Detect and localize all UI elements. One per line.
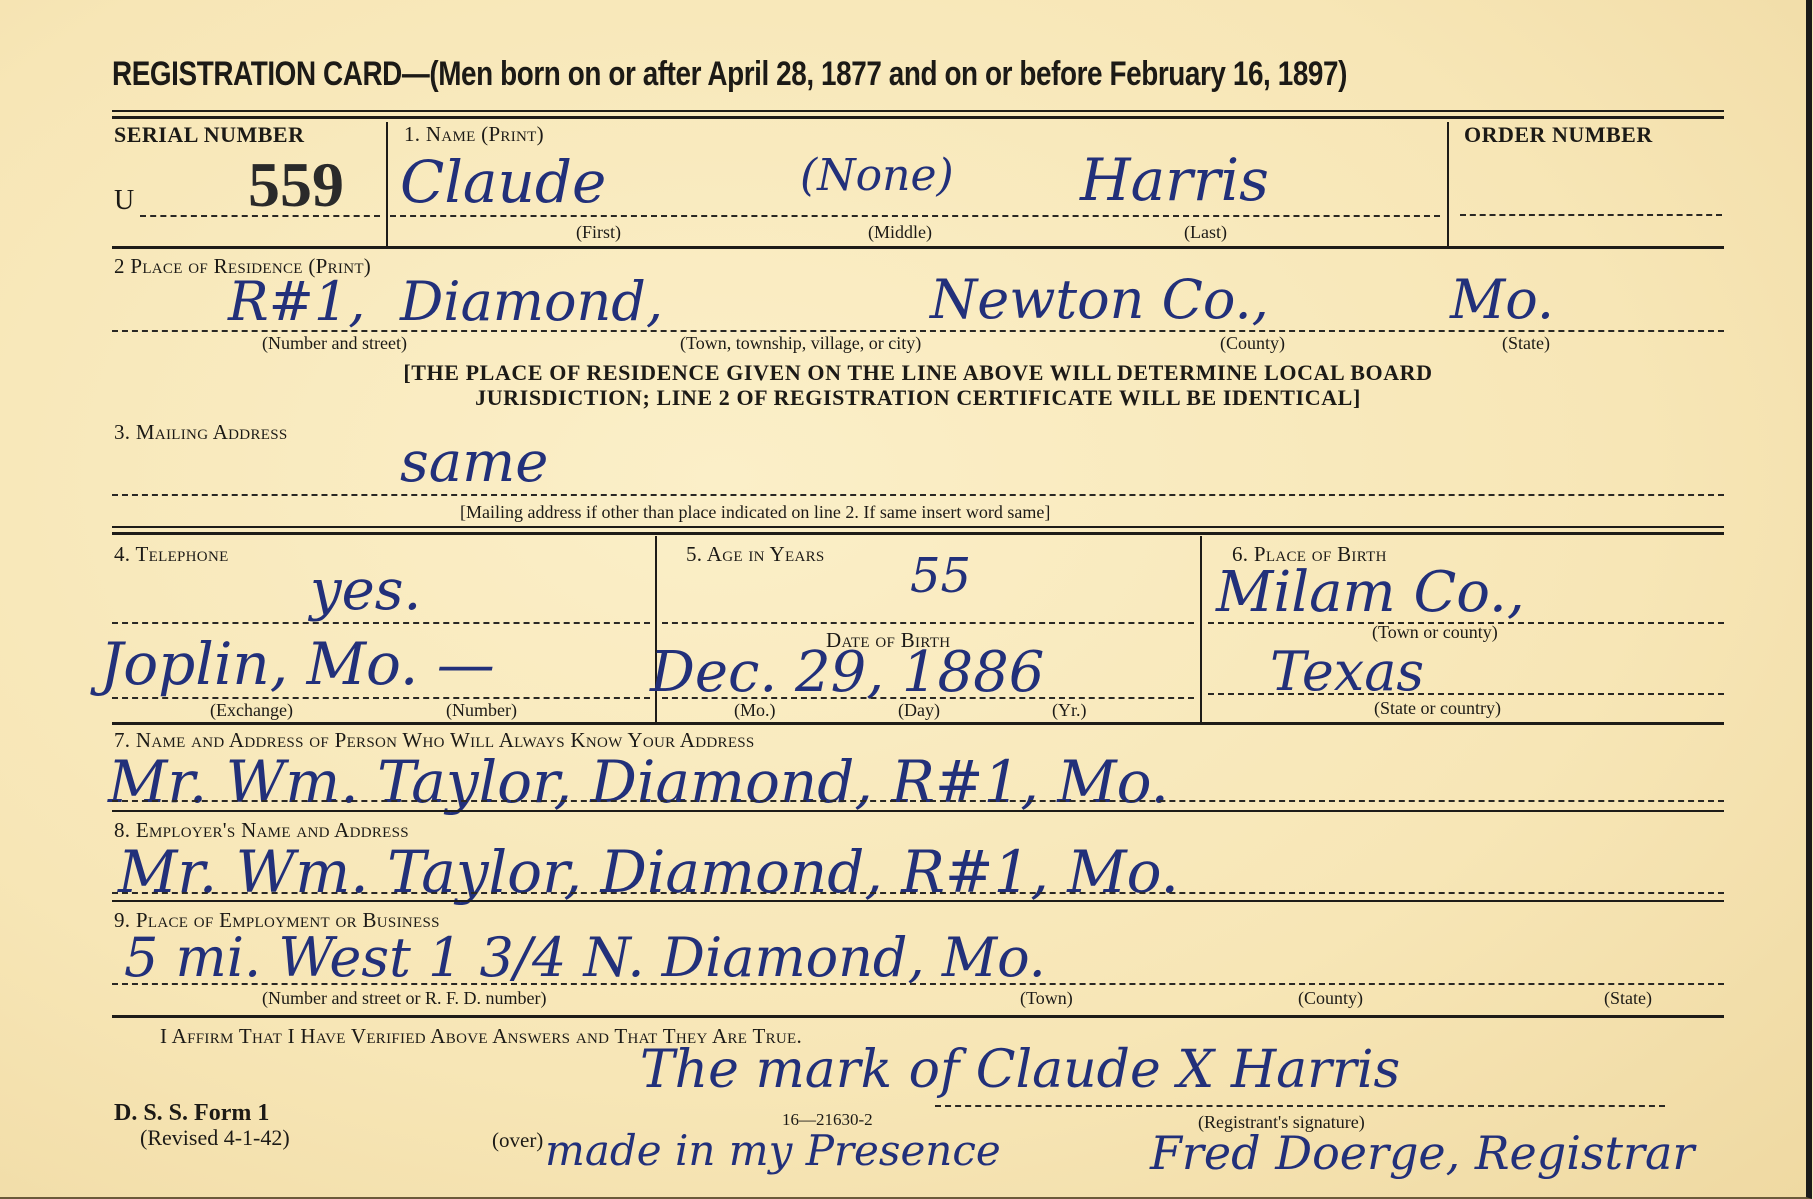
form-name: D. S. S. Form 1 xyxy=(114,1100,269,1127)
residence-town: Diamond, xyxy=(400,270,663,333)
residence-line xyxy=(112,330,1724,332)
dob-line xyxy=(662,697,1194,699)
mailing-line xyxy=(112,494,1724,496)
divider xyxy=(112,532,1724,535)
residence-sub-state: (State) xyxy=(1502,333,1550,354)
divider xyxy=(112,246,1724,249)
employment-value: 5 mi. West 1 3/4 N. Diamond, Mo. xyxy=(124,926,1046,989)
serial-prefix: U xyxy=(114,185,134,217)
telephone-sub-number: (Number) xyxy=(446,700,517,721)
form-revised: (Revised 4-1-42) xyxy=(140,1125,290,1151)
name-middle: (None) xyxy=(800,150,954,201)
contact-value: Mr. Wm. Taylor, Diamond, R#1, Mo. xyxy=(108,748,1169,816)
witness-note: made in my Presence xyxy=(545,1126,1001,1175)
age-line xyxy=(662,622,1194,624)
telephone-sub-exchange: (Exchange) xyxy=(210,700,293,721)
telephone-value-1: yes. xyxy=(310,558,421,623)
telephone-label: 4. Telephone xyxy=(114,542,229,567)
age-label: 5. Age in Years xyxy=(686,542,825,567)
serial-label: SERIAL NUMBER xyxy=(114,122,304,148)
name-line xyxy=(390,215,1440,217)
divider xyxy=(112,722,1724,725)
telephone-value-2: Joplin, Mo. — xyxy=(100,630,495,698)
serial-line xyxy=(140,215,380,217)
residence-notice-1: [THE PLACE OF RESIDENCE GIVEN ON THE LIN… xyxy=(112,360,1724,386)
divider xyxy=(112,526,1724,528)
divider xyxy=(112,900,1724,902)
dob-sub-day: (Day) xyxy=(898,700,940,721)
name-first: Claude xyxy=(400,148,606,216)
age-value: 55 xyxy=(910,548,971,604)
divider xyxy=(1200,536,1202,722)
mailing-value: same xyxy=(400,430,548,495)
dob-value: Dec. 29, 1886 xyxy=(650,640,1044,705)
residence-state: Mo. xyxy=(1450,268,1554,331)
contact-line xyxy=(112,800,1724,802)
divider xyxy=(112,116,1724,119)
divider xyxy=(386,122,388,246)
divider xyxy=(112,810,1724,812)
employment-sub-street: (Number and street or R. F. D. number) xyxy=(262,988,547,1009)
divider xyxy=(1447,122,1449,246)
employment-sub-state: (State) xyxy=(1604,988,1652,1009)
registration-card: REGISTRATION CARD—(Men born on or after … xyxy=(0,0,1812,1199)
employment-sub-town: (Town) xyxy=(1020,988,1073,1009)
employment-line xyxy=(112,983,1724,985)
residence-county: Newton Co., xyxy=(930,268,1269,331)
name-last: Harris xyxy=(1080,146,1269,214)
employer-line xyxy=(112,892,1724,894)
telephone-line-2 xyxy=(112,697,650,699)
birthplace-sub-state: (State or country) xyxy=(1374,698,1501,719)
birthplace-line-2 xyxy=(1208,693,1724,695)
birthplace-town: Milam Co., xyxy=(1216,560,1525,625)
mailing-label: 3. Mailing Address xyxy=(114,420,288,445)
residence-street: R#1, xyxy=(228,270,365,333)
residence-sub-town: (Town, township, village, or city) xyxy=(680,333,921,354)
name-label: 1. Name (Print) xyxy=(404,122,544,147)
residence-notice-2: JURISDICTION; LINE 2 OF REGISTRATION CER… xyxy=(112,385,1724,411)
dob-sub-yr: (Yr.) xyxy=(1052,700,1087,721)
name-sub-middle: (Middle) xyxy=(868,222,932,243)
residence-sub-street: (Number and street) xyxy=(262,333,407,354)
card-title: REGISTRATION CARD—(Men born on or after … xyxy=(112,55,1347,94)
name-sub-last: (Last) xyxy=(1184,222,1227,243)
dob-sub-mo: (Mo.) xyxy=(734,700,776,721)
residence-sub-county: (County) xyxy=(1220,333,1285,354)
divider xyxy=(112,110,1724,112)
telephone-line-1 xyxy=(112,622,650,624)
order-line xyxy=(1460,214,1722,216)
registrant-signature: The mark of Claude X Harris xyxy=(640,1040,1400,1100)
serial-number: 559 xyxy=(248,148,344,222)
print-code: 16—21630-2 xyxy=(782,1110,873,1130)
registrar-signature: Fred Doerge, Registrar xyxy=(1150,1126,1694,1180)
mailing-note: [Mailing address if other than place ind… xyxy=(460,502,1050,523)
signature-line xyxy=(935,1105,1665,1107)
divider xyxy=(112,1015,1724,1018)
employer-value: Mr. Wm. Taylor, Diamond, R#1, Mo. xyxy=(118,838,1179,906)
order-label: ORDER NUMBER xyxy=(1464,122,1653,148)
name-sub-first: (First) xyxy=(576,222,621,243)
employment-sub-county: (County) xyxy=(1298,988,1363,1009)
over-note: (over) xyxy=(492,1128,543,1153)
